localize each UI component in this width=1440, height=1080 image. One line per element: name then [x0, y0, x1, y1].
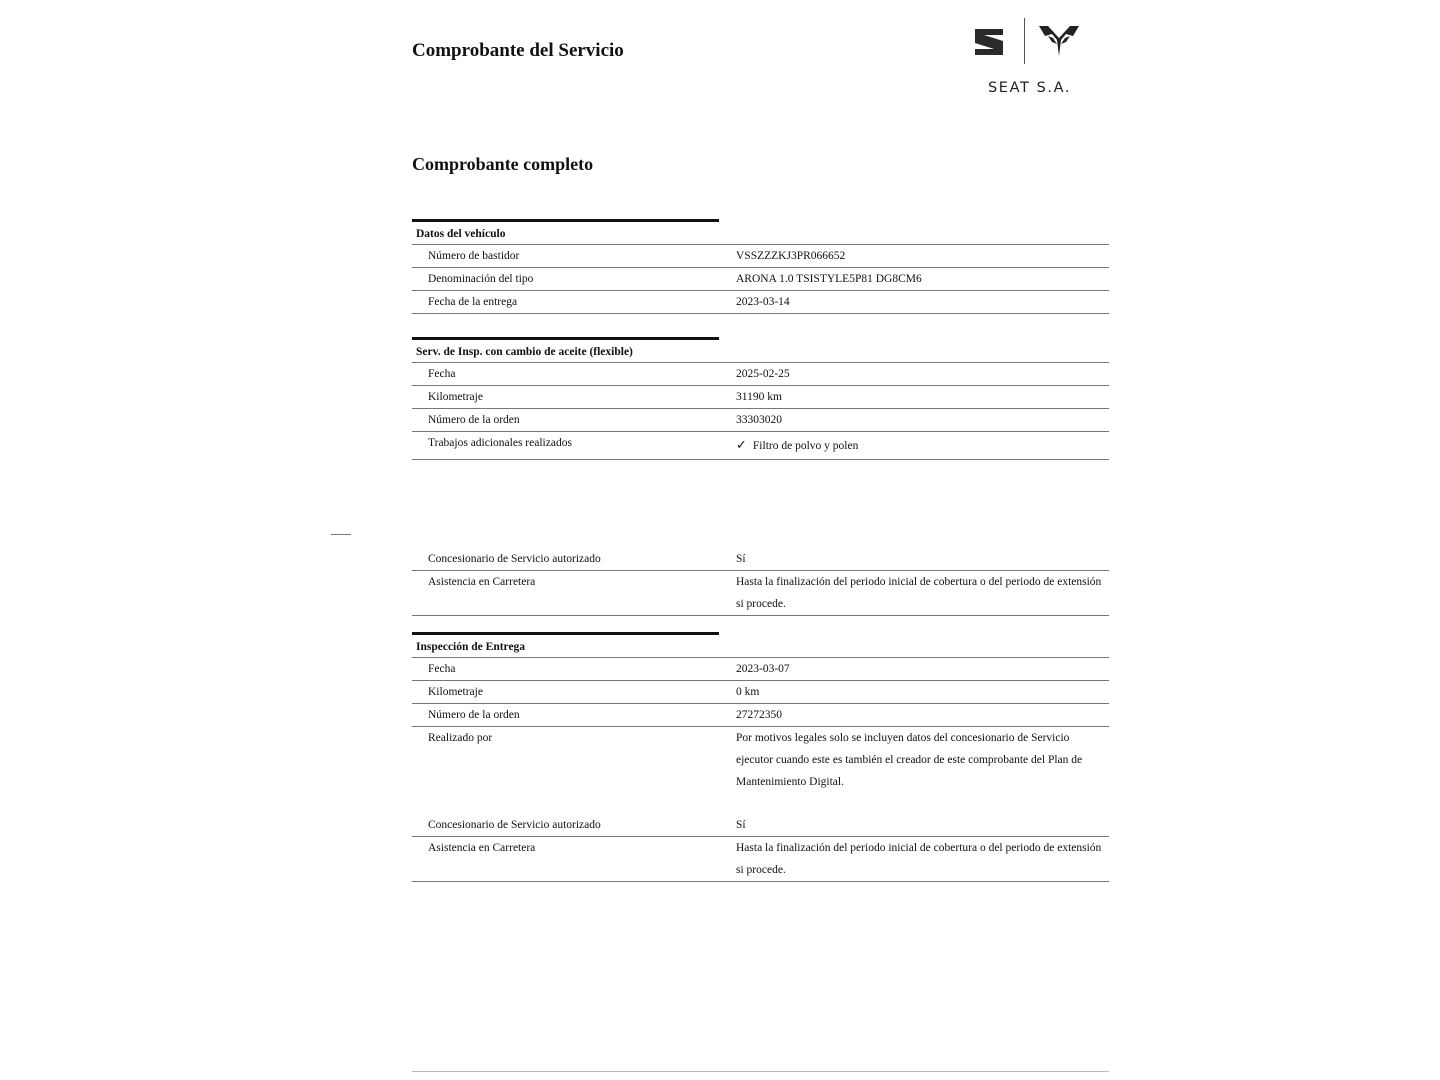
checkmark-icon: ✓	[736, 432, 747, 457]
company-name: SEAT S.A.	[988, 80, 1071, 96]
row-value: Sí	[719, 548, 1109, 570]
row-label: Número de bastidor	[412, 245, 719, 267]
table-row: Fecha 2025-02-25	[412, 363, 1109, 386]
row-value: Hasta la finalización del periodo inicia…	[719, 837, 1109, 881]
margin-mark	[331, 534, 351, 535]
section-subtitle: Comprobante completo	[412, 154, 593, 175]
section-heading: Inspección de Entrega	[412, 635, 1109, 658]
table-row: Realizado por Por motivos legales solo s…	[412, 727, 1109, 814]
row-value: Sí	[719, 814, 1109, 836]
row-label: Fecha	[412, 658, 719, 680]
row-value: Por motivos legales solo se incluyen dat…	[719, 727, 1109, 814]
table-row: Trabajos adicionales realizados ✓Filtro …	[412, 432, 1109, 460]
row-value: 0 km	[719, 681, 1109, 703]
row-value: 33303020	[719, 409, 1109, 431]
table-row: Número de la orden 33303020	[412, 409, 1109, 432]
row-label: Realizado por	[412, 727, 719, 814]
row-value: 2023-03-07	[719, 658, 1109, 680]
document-title: Comprobante del Servicio	[412, 40, 624, 62]
row-label: Fecha de la entrega	[412, 291, 719, 313]
row-label: Kilometraje	[412, 386, 719, 408]
seat-logo-icon	[972, 27, 1005, 57]
row-label: Asistencia en Carretera	[412, 571, 719, 615]
table-row: Fecha de la entrega 2023-03-14	[412, 291, 1109, 314]
additional-work-value: Filtro de polvo y polen	[753, 440, 858, 452]
row-label: Trabajos adicionales realizados	[412, 432, 719, 459]
table-row: Número de bastidor VSSZZZKJ3PR066652	[412, 245, 1109, 268]
row-value: 31190 km	[719, 386, 1109, 408]
row-label: Kilometraje	[412, 681, 719, 703]
table-row: Fecha 2023-03-07	[412, 658, 1109, 681]
row-label: Número de la orden	[412, 409, 719, 431]
row-label: Concesionario de Servicio autorizado	[412, 814, 719, 836]
vehicle-data-section: Datos del vehículo Número de bastidor VS…	[412, 219, 1109, 314]
table-row: Asistencia en Carretera Hasta la finaliz…	[412, 571, 1109, 616]
table-row: Número de la orden 27272350	[412, 704, 1109, 727]
table-row: Denominación del tipo ARONA 1.0 TSISTYLE…	[412, 268, 1109, 291]
row-value: VSSZZZKJ3PR066652	[719, 245, 1109, 267]
cupra-logo-icon	[1038, 24, 1080, 58]
brand-logos: SEAT S.A.	[968, 18, 1088, 98]
table-row: Concesionario de Servicio autorizado Sí	[412, 814, 1109, 837]
table-row: Kilometraje 31190 km	[412, 386, 1109, 409]
logo-divider	[1024, 18, 1025, 64]
row-label: Fecha	[412, 363, 719, 385]
row-value: ARONA 1.0 TSISTYLE5P81 DG8CM6	[719, 268, 1109, 290]
row-value: 2025-02-25	[719, 363, 1109, 385]
footer-text	[412, 1075, 1109, 1080]
section-heading: Serv. de Insp. con cambio de aceite (fle…	[412, 340, 1109, 363]
row-value: 2023-03-14	[719, 291, 1109, 313]
row-label: Número de la orden	[412, 704, 719, 726]
row-label: Concesionario de Servicio autorizado	[412, 548, 719, 570]
table-row: Concesionario de Servicio autorizado Sí	[412, 548, 1109, 571]
section-heading: Datos del vehículo	[412, 222, 1109, 245]
table-row: Asistencia en Carretera Hasta la finaliz…	[412, 837, 1109, 882]
row-value: Hasta la finalización del periodo inicia…	[719, 571, 1109, 615]
row-value: ✓Filtro de polvo y polen	[719, 432, 1109, 459]
row-value: 27272350	[719, 704, 1109, 726]
service-section: Serv. de Insp. con cambio de aceite (fle…	[412, 337, 1109, 616]
faded-dealer-details	[412, 460, 1109, 548]
row-label: Denominación del tipo	[412, 268, 719, 290]
footer-divider	[412, 1071, 1109, 1072]
delivery-inspection-section: Inspección de Entrega Fecha 2023-03-07 K…	[412, 632, 1109, 882]
table-row: Kilometraje 0 km	[412, 681, 1109, 704]
row-label: Asistencia en Carretera	[412, 837, 719, 881]
